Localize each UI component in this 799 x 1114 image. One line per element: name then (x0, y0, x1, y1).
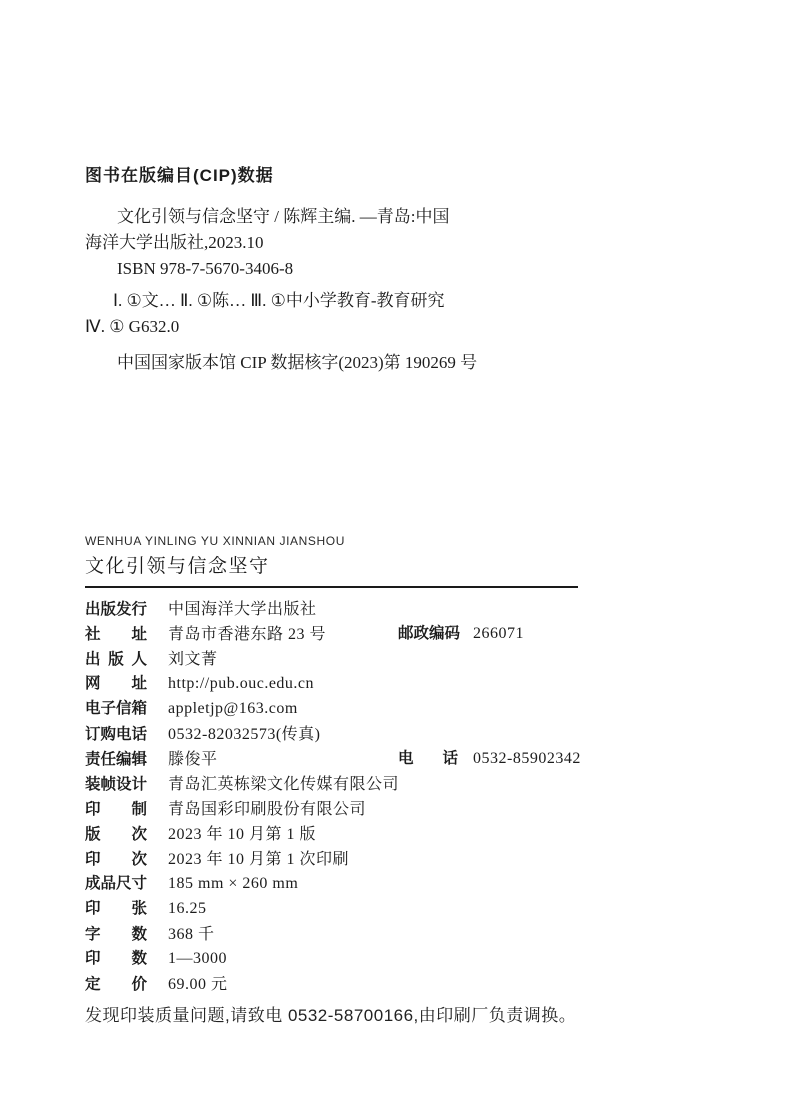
row-value: 刘文菁 (168, 646, 218, 669)
row-sheets: 印张 16.25 (85, 896, 725, 921)
cip-isbn: ISBN 978-7-5670-3406-8 (85, 256, 555, 282)
row-value-postcode: 266071 (473, 625, 524, 643)
row-email: 电子信箱 appletjp@163.com (85, 696, 725, 721)
row-value: 1—3000 (168, 950, 227, 968)
row-value: 中国海洋大学出版社 (168, 596, 317, 619)
row-value: 0532-82032573(传真) (168, 721, 321, 744)
row-label: 版次 (85, 822, 147, 844)
cip-record-number: 中国国家版本馆 CIP 数据核字(2023)第 190269 号 (85, 350, 555, 376)
row-value-phone: 0532-85902342 (473, 750, 581, 768)
row-label: 字数 (85, 922, 147, 944)
row-label-phone: 电话 (398, 746, 458, 768)
cip-data-block: 图书在版编目(CIP)数据 文化引领与信念坚守 / 陈辉主编. —青岛:中国 海… (85, 161, 555, 376)
quality-complaint-note: 发现印装质量问题,请致电 0532-58700166,由印刷厂负责调换。 (85, 1001, 576, 1026)
row-trim-size: 成品尺寸 185 mm × 260 mm (85, 871, 725, 896)
row-value: 2023 年 10 月第 1 版 (168, 821, 316, 844)
row-edition: 版次 2023 年 10 月第 1 版 (85, 821, 725, 846)
row-address: 社址 青岛市香港东路 23 号 邮政编码 266071 (85, 621, 725, 646)
row-print-run: 印数 1—3000 (85, 946, 725, 971)
row-word-count: 字数 368 千 (85, 921, 725, 946)
row-value: 368 千 (168, 921, 215, 944)
row-value: 2023 年 10 月第 1 次印刷 (168, 846, 349, 869)
row-value: 185 mm × 260 mm (168, 875, 298, 893)
row-label: 印制 (85, 797, 147, 819)
row-value: 16.25 (168, 900, 207, 918)
row-secondary-pair: 电话 0532-85902342 (398, 746, 581, 768)
row-editor: 责任编辑 滕俊平 电话 0532-85902342 (85, 746, 725, 771)
row-label: 出版发行 (85, 597, 147, 619)
cip-title-line-1: 文化引领与信念坚守 / 陈辉主编. —青岛:中国 (85, 204, 555, 230)
row-price: 定价 69.00 元 (85, 971, 725, 996)
title-pinyin: WENHUA YINLING YU XINNIAN JIANSHOU (85, 534, 725, 548)
row-label: 装帧设计 (85, 772, 147, 794)
colophon-block: WENHUA YINLING YU XINNIAN JIANSHOU 文化引领与… (85, 534, 725, 996)
row-design: 装帧设计 青岛汇英栋梁文化传媒有限公司 (85, 771, 725, 796)
row-label: 定价 (85, 972, 147, 994)
row-label: 社址 (85, 622, 147, 644)
row-label: 印数 (85, 946, 147, 968)
row-publisher: 出版发行 中国海洋大学出版社 (85, 596, 725, 621)
row-printer: 印制 青岛国彩印刷股份有限公司 (85, 796, 725, 821)
row-label: 出版人 (85, 647, 147, 669)
colophon-rows: 出版发行 中国海洋大学出版社 社址 青岛市香港东路 23 号 邮政编码 2660… (85, 596, 725, 996)
row-publisher-person: 出版人 刘文菁 (85, 646, 725, 671)
cip-classification-line-2: Ⅳ. ① G632.0 (85, 314, 555, 340)
row-value: 69.00 元 (168, 971, 228, 994)
row-order-phone: 订购电话 0532-82032573(传真) (85, 721, 725, 746)
row-website: 网址 http://pub.ouc.edu.cn (85, 671, 725, 696)
row-value: 青岛国彩印刷股份有限公司 (168, 796, 366, 819)
row-label: 成品尺寸 (85, 871, 147, 893)
row-label: 网址 (85, 671, 147, 693)
cip-header: 图书在版编目(CIP)数据 (85, 161, 555, 186)
row-label-postcode: 邮政编码 (398, 621, 458, 643)
row-impression: 印次 2023 年 10 月第 1 次印刷 (85, 846, 725, 871)
cip-title-line-2: 海洋大学出版社,2023.10 (85, 230, 555, 256)
divider-rule (85, 586, 578, 588)
row-label: 电子信箱 (85, 696, 147, 718)
row-value: appletjp@163.com (168, 700, 298, 718)
cip-classification-line-1: Ⅰ. ①文… Ⅱ. ①陈… Ⅲ. ①中小学教育-教育研究 (85, 288, 555, 314)
row-value: 青岛汇英栋梁文化传媒有限公司 (168, 771, 399, 794)
book-title: 文化引领与信念坚守 (85, 551, 725, 578)
row-label: 订购电话 (85, 722, 147, 744)
row-label: 印次 (85, 847, 147, 869)
row-value: 滕俊平 (168, 746, 218, 769)
row-label: 印张 (85, 896, 147, 918)
row-secondary-pair: 邮政编码 266071 (398, 621, 524, 643)
row-label: 责任编辑 (85, 747, 147, 769)
row-value: http://pub.ouc.edu.cn (168, 675, 314, 693)
row-value: 青岛市香港东路 23 号 (168, 621, 326, 644)
